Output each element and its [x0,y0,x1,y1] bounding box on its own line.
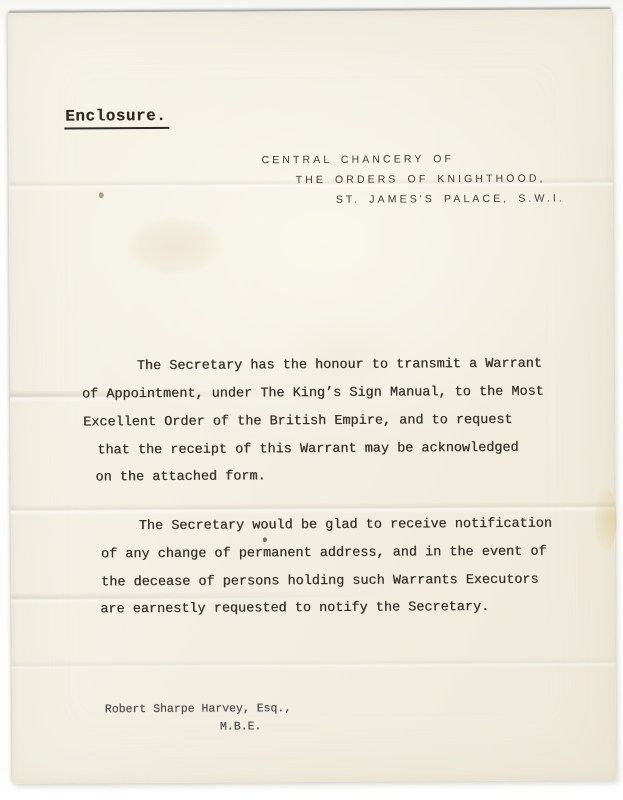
recipient-postnominal: M.B.E. [220,720,262,733]
paper-crease [11,501,615,516]
paragraph-1-line: The Secretary has the honour to transmit… [137,357,542,375]
paper-stain [595,487,617,551]
letterhead-line: CENTRAL CHANCERY OF [261,148,564,170]
scanned-letter-scene: Enclosure. CENTRAL CHANCERY OF THE ORDER… [0,0,623,800]
paragraph-2-line: the decease of persons holding such Warr… [101,573,539,592]
paragraph-1-line: of Appointment, under The King’s Sign Ma… [82,385,544,404]
paragraph-2-line: are earnestly requested to notify the Se… [100,600,489,618]
enclosure-heading: Enclosure. [64,107,169,130]
paragraph-1-line: on the attached form. [95,469,265,486]
paragraph-2-line: The Secretary would be glad to receive n… [139,517,552,536]
paragraph-1-line: Excellent Order of the British Empire, a… [83,413,512,432]
ink-speck [263,537,267,542]
paper-crease [12,657,616,671]
paragraph-2-line: of any change of permanent address, and … [101,545,547,564]
recipient-name: Robert Sharpe Harvey, Esq., [105,702,291,716]
paper-stain [127,217,222,276]
letterhead-line: THE ORDERS OF KNIGHTHOOD, [296,168,565,190]
letterhead: CENTRAL CHANCERY OF THE ORDERS OF KNIGHT… [261,148,564,210]
letterhead-line: ST. JAMES'S PALACE, S.W.I. [336,188,565,209]
letter-paper: Enclosure. CENTRAL CHANCERY OF THE ORDER… [8,9,617,784]
ink-speck [99,192,104,198]
paragraph-1-line: that the receipt of this Warrant may be … [97,441,518,460]
